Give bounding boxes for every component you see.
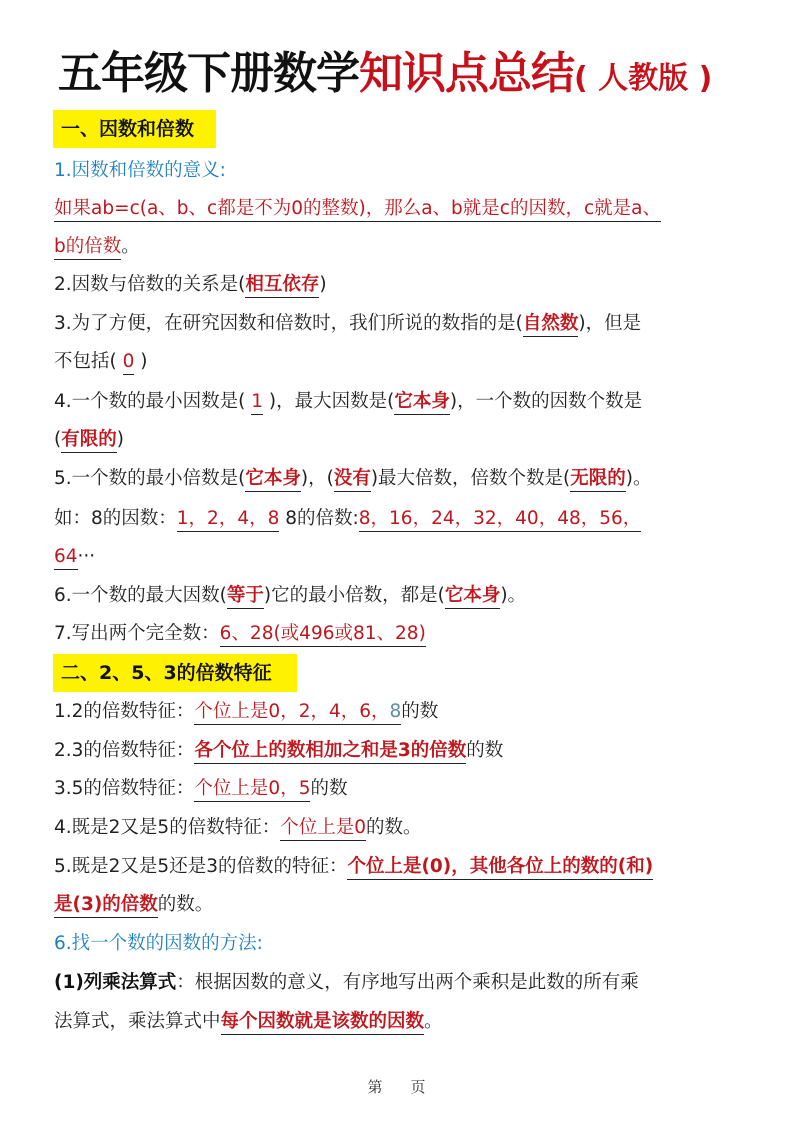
answer-text: 64	[54, 546, 78, 570]
answer-text: b的倍数	[54, 236, 121, 260]
item-7: 7.写出两个完全数：6、28(或496或81、28)	[54, 622, 426, 646]
item-3: 3.为了方便，在研究因数和倍数时，我们所说的数指的是(自然数)，但是	[54, 312, 641, 336]
answer-text: 1，2，4，8	[177, 508, 280, 532]
item-heading: 6.找一个数的因数的方法:	[54, 932, 263, 956]
answer-text: 每个因数就是该数的因数	[221, 1011, 425, 1035]
answer-text: 是(3)的倍数	[54, 894, 158, 918]
answer-text: 个位上是0，5	[194, 778, 310, 802]
section-heading-multiples-features: 二、2、5、3的倍数特征	[53, 654, 297, 692]
answer-text: 它本身	[445, 585, 501, 609]
answer-text: 有限的	[61, 429, 117, 453]
answer-text: 1	[251, 391, 263, 415]
feature-3: 2.3的倍数特征：各个位上的数相加之和是3的倍数的数	[54, 739, 503, 763]
method-label: (1)列乘法算式	[54, 972, 176, 993]
item-4-cont: (有限的)	[54, 428, 124, 452]
page-footer: 第页	[0, 1076, 793, 1097]
answer-text: 个位上是0，2，4，6，	[194, 701, 389, 722]
feature-2-5-3: 5.既是2又是5还是3的倍数的特征：个位上是(0)，其他各位上的数的(和)	[54, 855, 653, 879]
answer-text: 6、28(或496或81、28)	[220, 623, 426, 647]
definition-line-1: 如果ab=c(a、b、c都是不为0的整数)，那么a、b就是c的因数，c就是a、	[54, 197, 661, 221]
answer-text: 0	[123, 351, 135, 375]
example-line: 如：8的因数：1，2，4，8 8的倍数:8，16，24，32，40，48，56，	[54, 507, 641, 531]
page-title: 五年级下册数学知识点总结( 人教版 )	[58, 46, 712, 107]
answer-text: 个位上是0	[280, 817, 366, 841]
feature-5: 3.5的倍数特征：个位上是0，5的数	[54, 777, 347, 801]
method-line-1: (1)列乘法算式：根据因数的意义，有序地写出两个乘积是此数的所有乘	[54, 971, 639, 995]
title-edition: ( 人教版 )	[574, 61, 712, 96]
answer-text: 各个位上的数相加之和是3的倍数	[194, 740, 466, 764]
item-2: 2.因数与倍数的关系是(相互依存)	[54, 273, 327, 297]
example-line-cont: 64···	[54, 545, 95, 569]
answer-text: 个位上是(0)，其他各位上的数的(和)	[347, 856, 653, 880]
section-heading-factors-multiples: 一、因数和倍数	[53, 110, 216, 148]
answer-text: 8，16，24，32，40，48，56，	[359, 508, 642, 532]
item-5: 5.一个数的最小倍数是(它本身)，(没有)最大倍数，倍数个数是(无限的)。	[54, 467, 652, 491]
feature-2-and-5: 4.既是2又是5的倍数特征：个位上是0的数。	[54, 816, 422, 840]
answer-text: 它本身	[245, 468, 301, 492]
answer-text: 如果ab=c(a、b、c都是不为0的整数)，那么a、b就是c的因数，c就是a、	[54, 198, 661, 222]
answer-text: 相互依存	[245, 274, 319, 298]
answer-text: 等于	[227, 585, 264, 609]
item-heading: 1.因数和倍数的意义:	[54, 159, 226, 183]
title-summary: 知识点总结	[359, 48, 574, 99]
item-3-cont: 不包括( 0 )	[54, 350, 148, 374]
answer-text: 自然数	[523, 313, 579, 337]
method-line-2: 法算式，乘法算式中每个因数就是该数的因数。	[54, 1010, 443, 1034]
answer-text: 它本身	[394, 391, 450, 415]
feature-2: 1.2的倍数特征：个位上是0，2，4，6，8的数	[54, 700, 438, 724]
item-4: 4.一个数的最小因数是( 1 )，最大因数是(它本身)，一个数的因数个数是	[54, 390, 642, 414]
definition-line-2: b的倍数。	[54, 235, 140, 259]
answer-text: 无限的	[570, 468, 626, 492]
answer-text: 没有	[334, 468, 371, 492]
feature-2-5-3-cont: 是(3)的倍数的数。	[54, 893, 213, 917]
item-6: 6.一个数的最大因数(等于)它的最小倍数，都是(它本身)。	[54, 584, 526, 608]
title-grade: 五年级下册数学	[58, 48, 359, 99]
